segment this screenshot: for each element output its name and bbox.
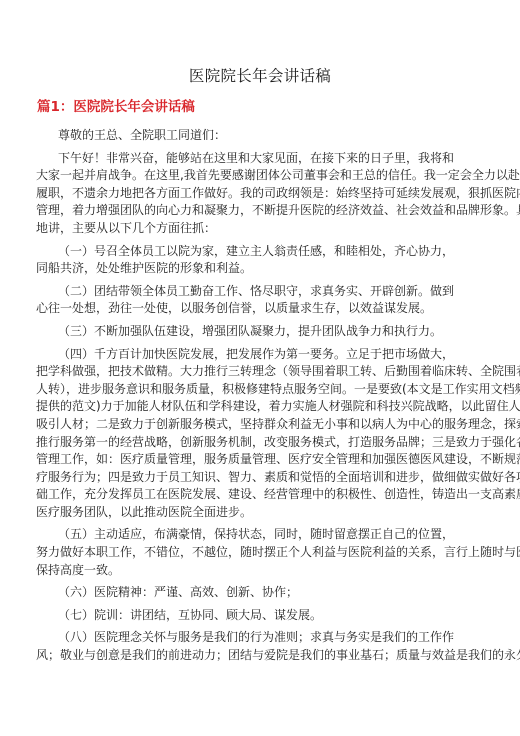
text-line: 尊敬的王总、全院职工同道们： xyxy=(36,127,484,145)
text-line: 疗服务行为；四是致力于员工知识、智力、素质和觉悟的全面培训和进步，做细做实做好各… xyxy=(36,469,484,487)
text-line: 把学科做强，把技术做精。大力推行三转理念（领导围着职工转、后勤围着临床转、全院围… xyxy=(36,363,484,381)
text-line: （一）号召全体员工以院为家，建立主人翁责任感，和睦相处，齐心协力， xyxy=(36,243,484,261)
text-line: 人转），进步服务意识和服务质量，积极修建特点服务空间。一是要致(本文是工作实用文… xyxy=(36,381,484,399)
document-page: 医院院长年会讲话稿 篇1：医院院长年会讲话稿 尊敬的王总、全院职工同道们： 下午… xyxy=(0,0,520,736)
text-line: 同船共济，处处维护医院的形象和利益。 xyxy=(36,260,484,278)
text-line: （三）不断加强队伍建设，增强团队凝聚力，提升团队战争力和执行力。 xyxy=(36,323,484,341)
opening-paragraph: 下午好！非常兴奋，能够站在这里和大家见面，在接下来的日子里，我将和 大家一起并肩… xyxy=(36,150,484,238)
text-line: 管理工作，如：医疗质量管理，服务质量管理、医疗安全管理和加强医德医风建设，不断规… xyxy=(36,451,484,469)
document-title: 医院院长年会讲话稿 xyxy=(0,66,520,86)
text-line: 推行服务第一的经营战略，创新服务机制，改变服务模式，打造服务品牌；三是致力于强化… xyxy=(36,434,484,452)
text-line: 管理，着力增强团队的向心力和凝聚力，不断提升医院的经济效益、社会效益和品牌形象。… xyxy=(36,202,484,220)
text-line: 大家一起并肩战争。在这里,我首先要感谢团体公司董事会和王总的信任。我一定会全力以… xyxy=(36,167,484,185)
text-line: 下午好！非常兴奋，能够站在这里和大家见面，在接下来的日子里，我将和 xyxy=(36,150,484,168)
text-line: （五）主动适应，布满豪情，保持状态，同时，随时留意摆正自己的位置， xyxy=(36,526,484,544)
text-line: 提供的范文)力于加能人材队伍和学科建设，着力实施人材强院和科技兴院战略，以此留住… xyxy=(36,398,484,416)
text-line: （四）千方百计加快医院发展，把发展作为第一要务。立足于把市场做大， xyxy=(36,346,484,364)
text-line: 础工作，充分发挥员工在医院发展、建设、经营管理中的积极性、创造性，铸造出一支高素… xyxy=(36,486,484,504)
text-line: 医疗服务团队，以此推动医院全面进步。 xyxy=(36,504,484,522)
point-3-paragraph: （三）不断加强队伍建设，增强团队凝聚力，提升团队战争力和执行力。 xyxy=(36,323,484,341)
text-line: （七）院训：讲团结，互协同、顾大局、谋发展。 xyxy=(36,607,484,625)
text-line: 保持高度一致。 xyxy=(36,562,484,580)
point-2-paragraph: （二）团结带领全体员工勤奋工作、恪尽职守，求真务实、开辟创新。做到 心往一处想，… xyxy=(36,283,484,318)
text-line: 吸引人材；二是致力于创新服务模式，坚持群众利益无小事和以病人为中心的服务理念，探… xyxy=(36,416,484,434)
document-body: 尊敬的王总、全院职工同道们： 下午好！非常兴奋，能够站在这里和大家见面，在接下来… xyxy=(36,127,484,670)
point-5-paragraph: （五）主动适应，布满豪情，保持状态，同时，随时留意摆正自己的位置， 努力做好本职… xyxy=(36,526,484,579)
text-line: 心往一处想，劲往一处使，以服务创信誉，以质量求生存，以效益谋发展。 xyxy=(36,300,484,318)
text-line: （八）医院理念关怀与服务是我们的行为准则；求真与务实是我们的工作作 xyxy=(36,629,484,647)
salutation-paragraph: 尊敬的王总、全院职工同道们： xyxy=(36,127,484,145)
point-4-paragraph: （四）千方百计加快医院发展，把发展作为第一要务。立足于把市场做大， 把学科做强，… xyxy=(36,346,484,522)
text-line: 履职，不遗余力地把各方面工作做好。我的司政纲领是：始终坚持可延续发展观，狠抓医院… xyxy=(36,185,484,203)
point-6-paragraph: （六）医院精神：严谨、高效、创新、协作； xyxy=(36,584,484,602)
point-8-paragraph: （八）医院理念关怀与服务是我们的行为准则；求真与务实是我们的工作作 风；敬业与创… xyxy=(36,629,484,664)
text-line: （二）团结带领全体员工勤奋工作、恪尽职守，求真务实、开辟创新。做到 xyxy=(36,283,484,301)
section-heading: 篇1：医院院长年会讲话稿 xyxy=(37,98,195,116)
text-line: 努力做好本职工作，不错位，不越位，随时摆正个人利益与医院利益的关系，言行上随时与… xyxy=(36,544,484,562)
text-line: （六）医院精神：严谨、高效、创新、协作； xyxy=(36,584,484,602)
point-1-paragraph: （一）号召全体员工以院为家，建立主人翁责任感，和睦相处，齐心协力， 同船共济，处… xyxy=(36,243,484,278)
point-7-paragraph: （七）院训：讲团结，互协同、顾大局、谋发展。 xyxy=(36,607,484,625)
text-line: 风；敬业与创意是我们的前进动力；团结与爱院是我们的事业基石；质量与效益是我们的永… xyxy=(36,647,484,665)
text-line: 地讲，主要从以下几个方面往抓： xyxy=(36,220,484,238)
